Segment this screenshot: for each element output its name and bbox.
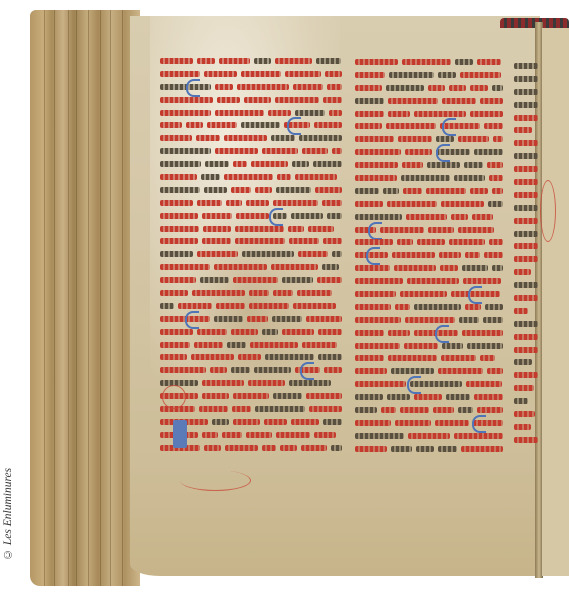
script-line: [514, 395, 539, 408]
script-line: [355, 275, 505, 288]
script-line: [514, 292, 539, 305]
script-line: [355, 95, 505, 108]
script-line: [355, 224, 505, 237]
facing-page: [542, 28, 569, 576]
decorated-initial-l: [173, 420, 187, 448]
script-line: [160, 223, 345, 236]
script-line: [514, 408, 539, 421]
script-line: [160, 377, 345, 390]
script-line: [355, 443, 505, 456]
script-line: [355, 120, 505, 133]
script-line: [355, 198, 505, 211]
script-line: [160, 210, 345, 223]
script-line: [355, 69, 505, 82]
script-line: [514, 434, 539, 447]
script-line: [160, 158, 345, 171]
script-line: [160, 300, 345, 313]
script-line: [160, 274, 345, 287]
script-line: [514, 318, 539, 331]
script-line: [355, 327, 505, 340]
script-line: [355, 301, 505, 314]
script-line: [355, 314, 505, 327]
script-line: [514, 150, 539, 163]
script-line: [514, 266, 539, 279]
text-column-facing: [514, 60, 539, 447]
script-line: [160, 68, 345, 81]
marginal-flourish: [540, 180, 556, 242]
script-line: [355, 249, 505, 262]
script-line: [160, 416, 345, 429]
script-line: [355, 417, 505, 430]
script-line: [160, 442, 345, 455]
script-line: [355, 56, 505, 69]
script-line: [160, 94, 345, 107]
script-line: [514, 163, 539, 176]
script-line: [355, 365, 505, 378]
script-line: [160, 132, 345, 145]
script-line: [160, 248, 345, 261]
script-line: [514, 124, 539, 137]
page-edges: [30, 10, 140, 586]
script-line: [355, 391, 505, 404]
script-line: [514, 137, 539, 150]
script-line: [355, 262, 505, 275]
script-line: [514, 73, 539, 86]
script-line: [160, 81, 345, 94]
script-line: [514, 305, 539, 318]
script-line: [355, 288, 505, 301]
script-line: [160, 55, 345, 68]
script-line: [160, 313, 345, 326]
script-line: [514, 176, 539, 189]
script-line: [160, 145, 345, 158]
script-line: [160, 390, 345, 403]
script-line: [160, 184, 345, 197]
script-line: [160, 197, 345, 210]
marginal-flourish: [162, 385, 186, 409]
script-line: [160, 171, 345, 184]
script-line: [160, 351, 345, 364]
script-line: [514, 344, 539, 357]
script-line: [160, 119, 345, 132]
script-line: [355, 172, 505, 185]
script-line: [160, 326, 345, 339]
script-line: [514, 369, 539, 382]
script-line: [355, 185, 505, 198]
script-line: [514, 86, 539, 99]
script-line: [160, 235, 345, 248]
script-line: [355, 146, 505, 159]
script-line: [355, 378, 505, 391]
script-line: [160, 403, 345, 416]
text-column-right: [355, 56, 505, 456]
script-line: [355, 159, 505, 172]
script-line: [514, 60, 539, 73]
script-line: [514, 240, 539, 253]
script-line: [514, 215, 539, 228]
marginal-flourish: [180, 470, 251, 491]
script-line: [355, 108, 505, 121]
script-line: [514, 202, 539, 215]
script-line: [514, 279, 539, 292]
script-line: [355, 352, 505, 365]
script-line: [514, 356, 539, 369]
script-line: [514, 228, 539, 241]
script-line: [160, 429, 345, 442]
script-line: [160, 364, 345, 377]
script-line: [160, 339, 345, 352]
script-line: [514, 331, 539, 344]
script-line: [514, 112, 539, 125]
script-line: [355, 430, 505, 443]
script-line: [514, 189, 539, 202]
script-line: [514, 253, 539, 266]
script-line: [355, 133, 505, 146]
script-line: [355, 82, 505, 95]
script-line: [160, 107, 345, 120]
text-column-left: [160, 55, 345, 455]
script-line: [514, 382, 539, 395]
script-line: [355, 340, 505, 353]
script-line: [514, 421, 539, 434]
script-line: [514, 99, 539, 112]
script-line: [160, 287, 345, 300]
copyright-credit: © Les Enluminures: [2, 468, 24, 588]
script-line: [160, 261, 345, 274]
